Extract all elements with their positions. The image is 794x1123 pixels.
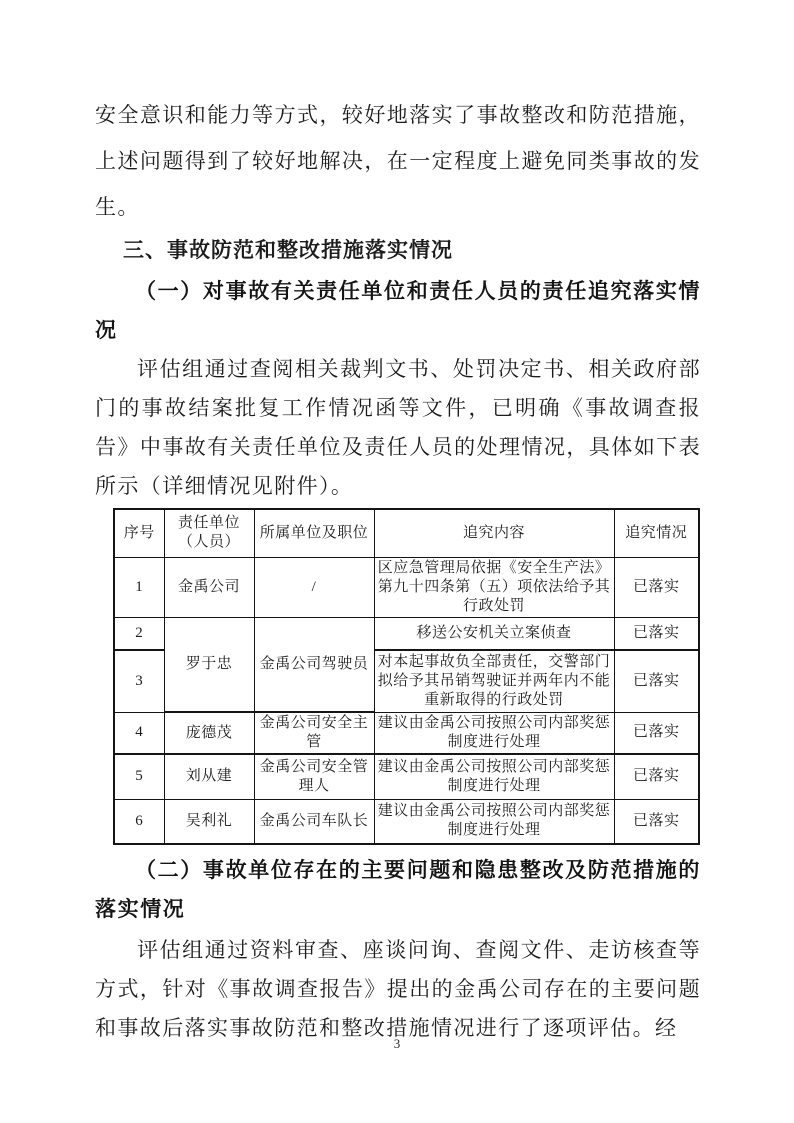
paragraph-evaluation-method: 评估组通过查阅相关裁判文书、处罚决定书、相关政府部门的事故结案批复工作情况函等文… [95,350,701,506]
cell-unit: 刘从建 [164,754,254,799]
cell-status: 已落实 [614,712,699,754]
responsibility-table: 序号 责任单位（人员） 所属单位及职位 追究内容 追究情况 1 金禹公司 / 区… [113,508,700,845]
cell-content: 区应急管理局依据《安全生产法》第九十四条第（五）项依法给予其行政处罚 [374,557,614,617]
col-header-unit: 责任单位（人员） [164,509,254,557]
page-content: 安全意识和能力等方式，较好地落实了事故整改和防范措施，上述问题得到了较好地解决，… [95,0,701,1048]
col-header-content: 追究内容 [374,509,614,557]
col-header-status: 追究情况 [614,509,699,557]
cell-position: 金禹公司安全主管 [254,712,374,754]
col-header-position: 所属单位及职位 [254,509,374,557]
table-header-row: 序号 责任单位（人员） 所属单位及职位 追究内容 追究情况 [114,509,699,557]
heading-subsection-2: （二）事故单位存在的主要问题和隐患整改及防范措施的落实情况 [95,851,701,929]
table-row: 5 刘从建 金禹公司安全管理人 建议由金禹公司按照公司内部奖惩制度进行处理 已落… [114,754,699,799]
cell-content: 建议由金禹公司按照公司内部奖惩制度进行处理 [374,799,614,844]
cell-no: 3 [114,650,164,712]
heading-section-3: 三、事故防范和整改措施落实情况 [95,230,701,272]
cell-unit: 吴利礼 [164,799,254,844]
cell-no: 4 [114,712,164,754]
col-header-no: 序号 [114,509,164,557]
cell-position: / [254,557,374,617]
cell-unit: 金禹公司 [164,557,254,617]
cell-position: 金禹公司安全管理人 [254,754,374,799]
cell-status: 已落实 [614,557,699,617]
cell-unit: 罗于忠 [164,617,254,712]
cell-no: 5 [114,754,164,799]
document-page: 安全意识和能力等方式，较好地落实了事故整改和防范措施，上述问题得到了较好地解决，… [0,0,794,1123]
cell-no: 2 [114,617,164,650]
cell-content: 建议由金禹公司按照公司内部奖惩制度进行处理 [374,754,614,799]
cell-no: 6 [114,799,164,844]
table-row: 4 庞德茂 金禹公司安全主管 建议由金禹公司按照公司内部奖惩制度进行处理 已落实 [114,712,699,754]
cell-position: 金禹公司驾驶员 [254,617,374,712]
cell-status: 已落实 [614,617,699,650]
cell-content: 对本起事故负全部责任，交警部门拟给予其吊销驾驶证并两年内不能重新取得的行政处罚 [374,650,614,712]
heading-subsection-1: （一）对事故有关责任单位和责任人员的责任追究落实情况 [95,272,701,350]
page-number: 3 [0,1036,794,1052]
cell-content: 建议由金禹公司按照公司内部奖惩制度进行处理 [374,712,614,754]
cell-position: 金禹公司车队长 [254,799,374,844]
cell-content: 移送公安机关立案侦查 [374,617,614,650]
cell-status: 已落实 [614,799,699,844]
cell-status: 已落实 [614,650,699,712]
cell-status: 已落实 [614,754,699,799]
paragraph-continuation: 安全意识和能力等方式，较好地落实了事故整改和防范措施，上述问题得到了较好地解决，… [95,92,701,230]
table-row: 1 金禹公司 / 区应急管理局依据《安全生产法》第九十四条第（五）项依法给予其行… [114,557,699,617]
cell-no: 1 [114,557,164,617]
table-row: 6 吴利礼 金禹公司车队长 建议由金禹公司按照公司内部奖惩制度进行处理 已落实 [114,799,699,844]
table-row: 2 罗于忠 金禹公司驾驶员 移送公安机关立案侦查 已落实 [114,617,699,650]
cell-unit: 庞德茂 [164,712,254,754]
paragraph-rectification-eval: 评估组通过资料审查、座谈问询、查阅文件、走访核查等方式，针对《事故调查报告》提出… [95,931,701,1048]
